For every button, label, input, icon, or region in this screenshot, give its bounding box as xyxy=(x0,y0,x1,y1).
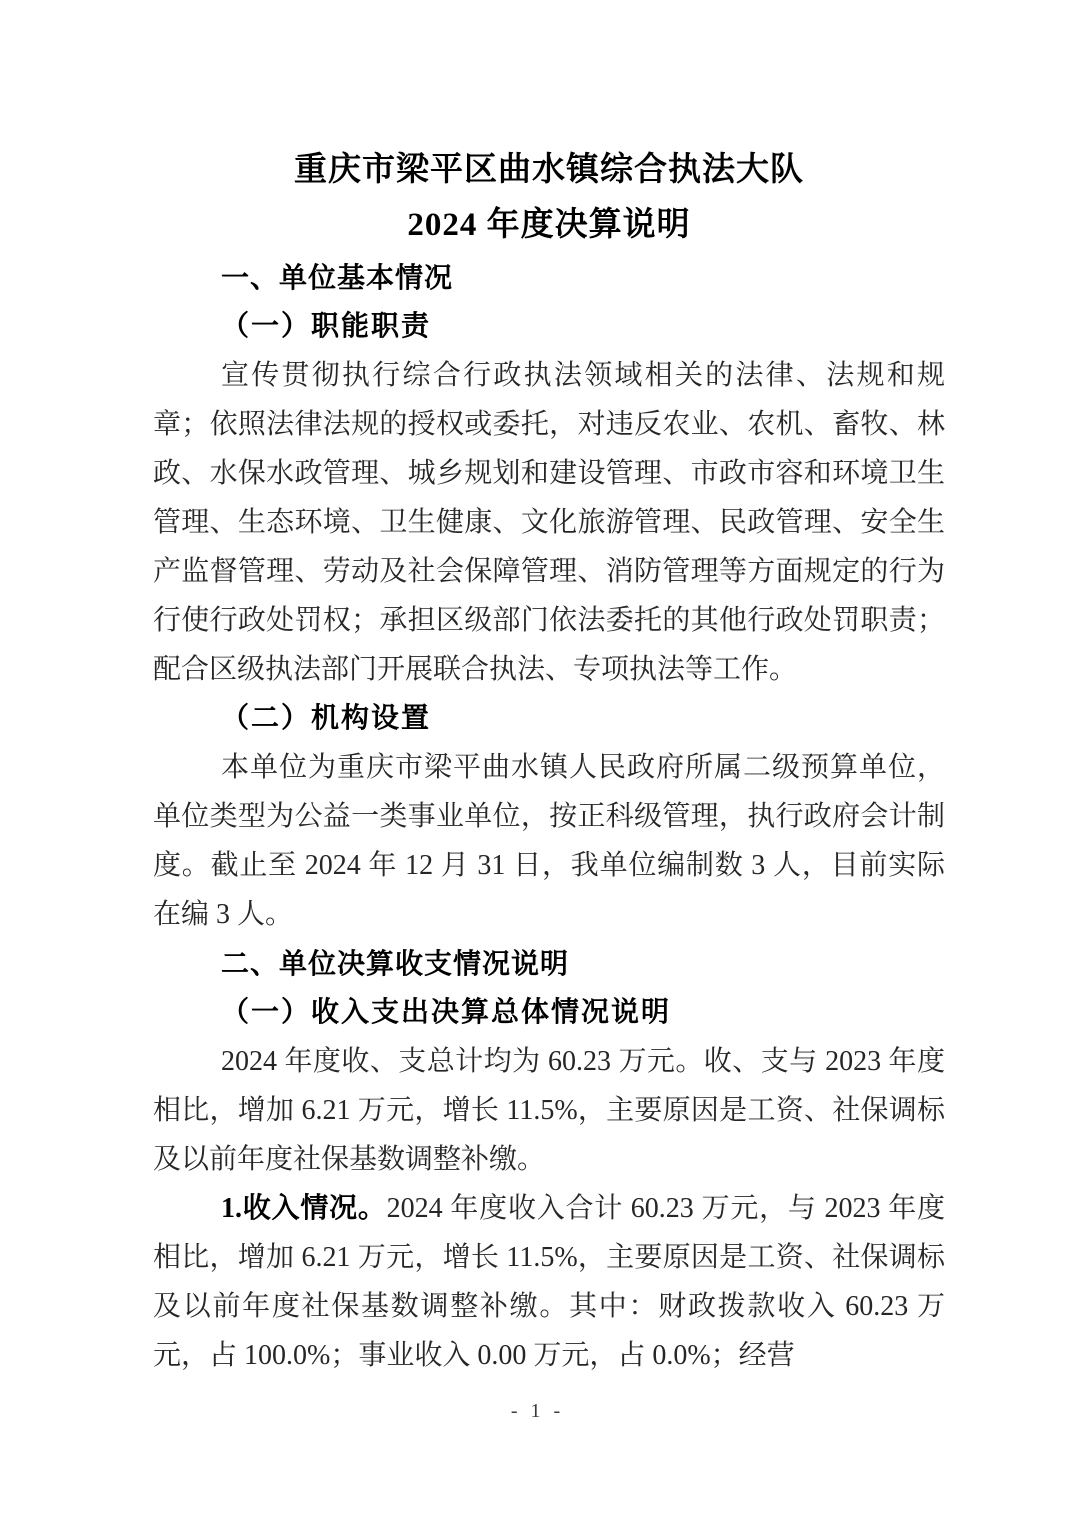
section2-sub1-paragraph: 2024 年度收、支总计均为 60.23 万元。收、支与 2023 年度相比，增… xyxy=(153,1037,945,1184)
section2-heading: 二、单位决算收支情况说明 xyxy=(153,939,945,988)
document-page: 重庆市梁平区曲水镇综合执法大队 2024 年度决算说明 一、单位基本情况 （一）… xyxy=(0,0,1075,1520)
document-content: 重庆市梁平区曲水镇综合执法大队 2024 年度决算说明 一、单位基本情况 （一）… xyxy=(153,143,945,1380)
section1-sub2-heading: （二）机构设置 xyxy=(153,694,945,743)
section1-sub1-paragraph: 宣传贯彻执行综合行政执法领域相关的法律、法规和规章；依照法律法规的授权或委托，对… xyxy=(153,351,945,694)
section1-heading: 一、单位基本情况 xyxy=(153,253,945,302)
document-title-line1: 重庆市梁平区曲水镇综合执法大队 xyxy=(153,143,945,198)
section1-sub2-paragraph: 本单位为重庆市梁平曲水镇人民政府所属二级预算单位，单位类型为公益一类事业单位，按… xyxy=(153,743,945,939)
income-paragraph-lead: 1.收入情况。 xyxy=(221,1193,387,1224)
document-title-line2: 2024 年度决算说明 xyxy=(153,198,945,253)
page-number: - 1 - xyxy=(0,1400,1075,1423)
section1-sub1-heading: （一）职能职责 xyxy=(153,302,945,351)
section2-sub1-heading: （一）收入支出决算总体情况说明 xyxy=(153,988,945,1037)
section2-income-paragraph: 1.收入情况。2024 年度收入合计 60.23 万元，与 2023 年度相比，… xyxy=(153,1184,945,1380)
